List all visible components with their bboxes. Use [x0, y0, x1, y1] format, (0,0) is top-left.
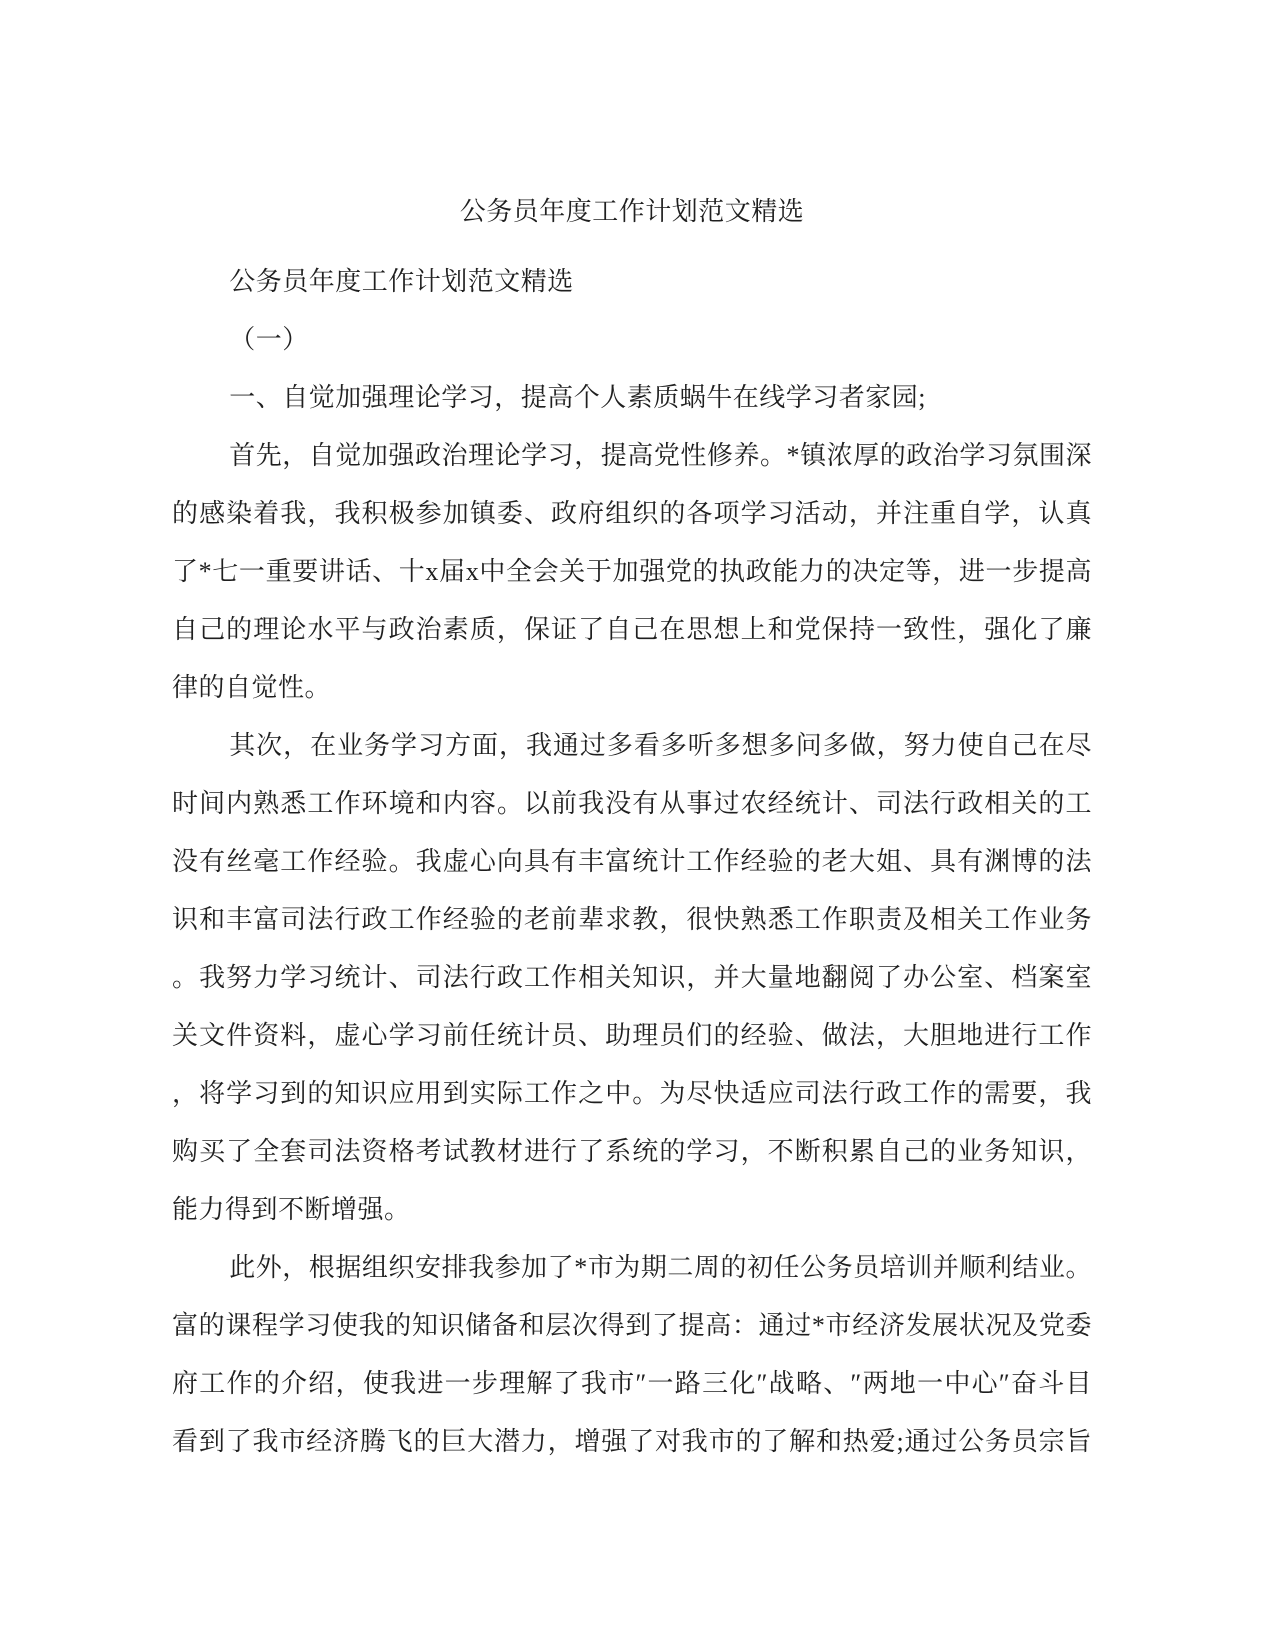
- text-line: 律的自觉性。: [172, 659, 1092, 717]
- text-line: 识和丰富司法行政工作经验的老前辈求教，很快熟悉工作职责及相关工作业务流程: [172, 891, 1092, 949]
- document-page: 公务员年度工作计划范文精选 公务员年度工作计划范文精选（一）一、自觉加强理论学习…: [0, 0, 1275, 1650]
- text-line: 能力得到不断增强。: [172, 1181, 1092, 1239]
- text-line: 没有丝毫工作经验。我虚心向具有丰富统计工作经验的老大姐、具有渊博的法律知: [172, 833, 1092, 891]
- paragraph: 首先，自觉加强政治理论学习，提高党性修养。*镇浓厚的政治学习氛围深深的感染着我，…: [172, 427, 1092, 717]
- text-line: 。我努力学习统计、司法行政工作相关知识，并大量地翻阅了办公室、档案室的有: [172, 949, 1092, 1007]
- document-viewport: { "page": { "background_color": "#ffffff…: [0, 0, 1275, 1650]
- text-line: 购买了全套司法资格考试教材进行了系统的学习，不断积累自己的业务知识，业务: [172, 1123, 1092, 1181]
- text-line: 关文件资料，虚心学习前任统计员、助理员们的经验、做法，大胆地进行工作尝试: [172, 1007, 1092, 1065]
- paragraph: 此外，根据组织安排我参加了*市为期二周的初任公务员培训并顺利结业。丰富的课程学习…: [172, 1239, 1092, 1471]
- document-title: 公务员年度工作计划范文精选: [172, 183, 1092, 241]
- document-content: 公务员年度工作计划范文精选 公务员年度工作计划范文精选（一）一、自觉加强理论学习…: [172, 183, 1092, 1471]
- text-line: 的感染着我，我积极参加镇委、政府组织的各项学习活动，并注重自学，认真学习: [172, 485, 1092, 543]
- text-line: 富的课程学习使我的知识储备和层次得到了提高：通过*市经济发展状况及党委政: [172, 1297, 1092, 1355]
- text-line: （一）: [172, 311, 1092, 369]
- paragraph: 公务员年度工作计划范文精选: [172, 253, 1092, 311]
- text-line: 首先，自觉加强政治理论学习，提高党性修养。*镇浓厚的政治学习氛围深深: [172, 427, 1092, 485]
- text-line: 此外，根据组织安排我参加了*市为期二周的初任公务员培训并顺利结业。丰: [172, 1239, 1092, 1297]
- text-line: ，将学习到的知识应用到实际工作之中。为尽快适应司法行政工作的需要，我自费: [172, 1065, 1092, 1123]
- text-line: 自己的理论水平与政治素质，保证了自己在思想上和党保持一致性，强化了廉洁自: [172, 601, 1092, 659]
- paragraph: 一、自觉加强理论学习，提高个人素质蜗牛在线学习者家园;: [172, 369, 1092, 427]
- text-line: 府工作的介绍，使我进一步理解了我市″一路三化″战略、″两地一中心″奋斗目标，: [172, 1355, 1092, 1413]
- text-line: 看到了我市经济腾飞的巨大潜力，增强了对我市的了解和热爱;通过公务员宗旨和: [172, 1413, 1092, 1471]
- text-line: 公务员年度工作计划范文精选: [172, 253, 1092, 311]
- text-line: 时间内熟悉工作环境和内容。以前我没有从事过农经统计、司法行政相关的工作，: [172, 775, 1092, 833]
- document-body: 公务员年度工作计划范文精选（一）一、自觉加强理论学习，提高个人素质蜗牛在线学习者…: [172, 253, 1092, 1471]
- text-line: 其次，在业务学习方面，我通过多看多听多想多问多做，努力使自己在尽短的: [172, 717, 1092, 775]
- paragraph: （一）: [172, 311, 1092, 369]
- paragraph: 其次，在业务学习方面，我通过多看多听多想多问多做，努力使自己在尽短的时间内熟悉工…: [172, 717, 1092, 1239]
- text-line: 了*七一重要讲话、十x届x中全会关于加强党的执政能力的决定等，进一步提高了: [172, 543, 1092, 601]
- text-line: 一、自觉加强理论学习，提高个人素质蜗牛在线学习者家园;: [172, 369, 1092, 427]
